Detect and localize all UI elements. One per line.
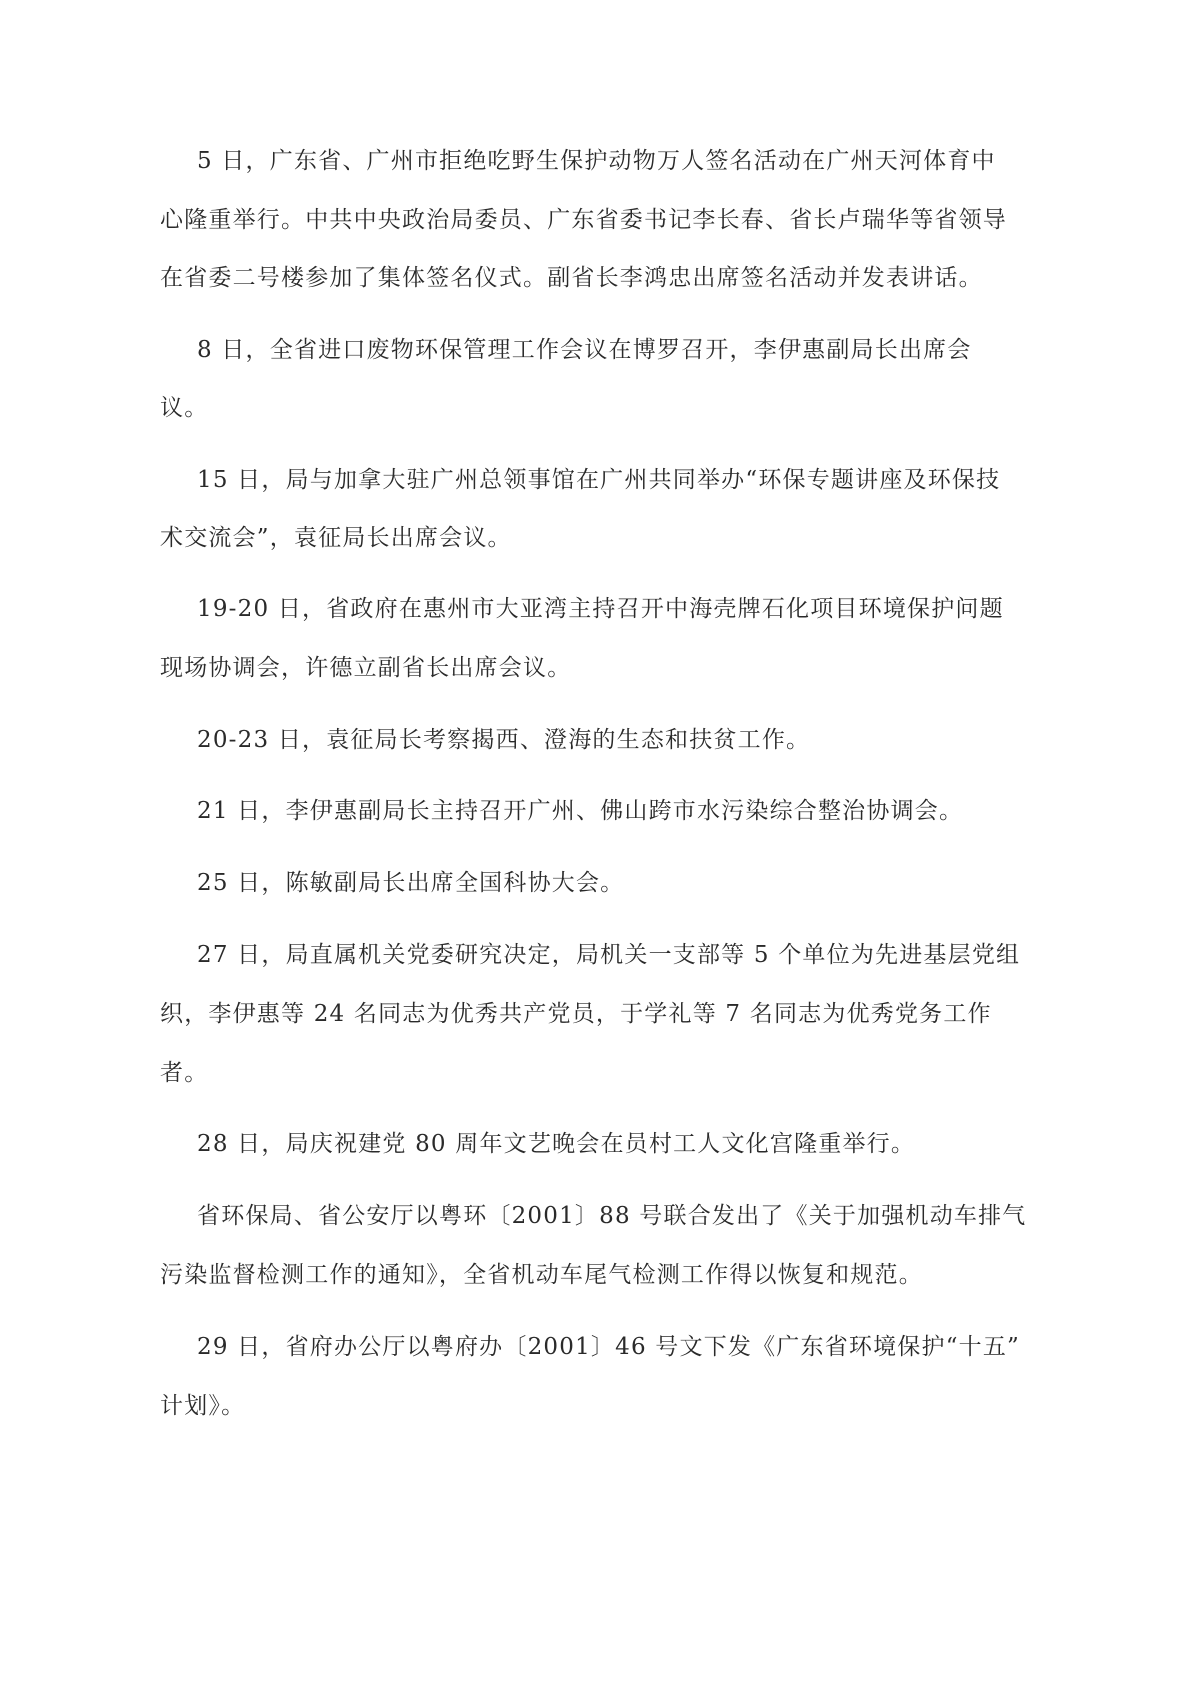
paragraph-4-line-2: 现场协调会，许德立副省长出席会议。	[160, 650, 571, 686]
paragraph-3-line-1: 15 日，局与加拿大驻广州总领事馆在广州共同举办“环保专题讲座及环保技	[197, 462, 1000, 498]
paragraph-8-line-2: 织，李伊惠等 24 名同志为优秀共产党员，于学礼等 7 名同志为优秀党务工作	[160, 996, 992, 1032]
paragraph-2-line-2: 议。	[160, 390, 208, 426]
paragraph-10-line-1: 省环保局、省公安厅以粤环〔2001〕88 号联合发出了《关于加强机动车排气	[197, 1198, 1027, 1234]
paragraph-8-line-3: 者。	[160, 1055, 208, 1091]
paragraph-3-line-2: 术交流会”，袁征局长出席会议。	[160, 520, 512, 556]
paragraph-1-line-3: 在省委二号楼参加了集体签名仪式。副省长李鸿忠出席签名活动并发表讲话。	[160, 260, 983, 296]
paragraph-4-line-1: 19-20 日，省政府在惠州市大亚湾主持召开中海壳牌石化项目环境保护问题	[197, 591, 1004, 627]
paragraph-9-line-1: 28 日，局庆祝建党 80 周年文艺晚会在员村工人文化宫隆重举行。	[197, 1126, 915, 1162]
paragraph-5-line-1: 20-23 日，袁征局长考察揭西、澄海的生态和扶贫工作。	[197, 722, 810, 758]
paragraph-8-line-1: 27 日，局直属机关党委研究决定，局机关一支部等 5 个单位为先进基层党组	[197, 937, 1020, 973]
paragraph-2-line-1: 8 日，全省进口废物环保管理工作会议在博罗召开，李伊惠副局长出席会	[197, 332, 972, 368]
paragraph-10-line-2: 污染监督检测工作的通知》，全省机动车尾气检测工作得以恢复和规范。	[160, 1257, 923, 1293]
paragraph-6-line-1: 21 日，李伊惠副局长主持召开广州、佛山跨市水污染综合整治协调会。	[197, 793, 963, 829]
paragraph-7-line-1: 25 日，陈敏副局长出席全国科协大会。	[197, 865, 624, 901]
paragraph-11-line-1: 29 日，省府办公厅以粤府办〔2001〕46 号文下发《广东省环境保护“十五”	[197, 1329, 1020, 1365]
paragraph-11-line-2: 计划》。	[160, 1388, 245, 1424]
paragraph-1-line-2: 心隆重举行。中共中央政治局委员、广东省委书记李长春、省长卢瑞华等省领导	[160, 202, 1007, 238]
paragraph-1-line-1: 5 日，广东省、广州市拒绝吃野生保护动物万人签名活动在广州天河体育中	[197, 143, 996, 179]
